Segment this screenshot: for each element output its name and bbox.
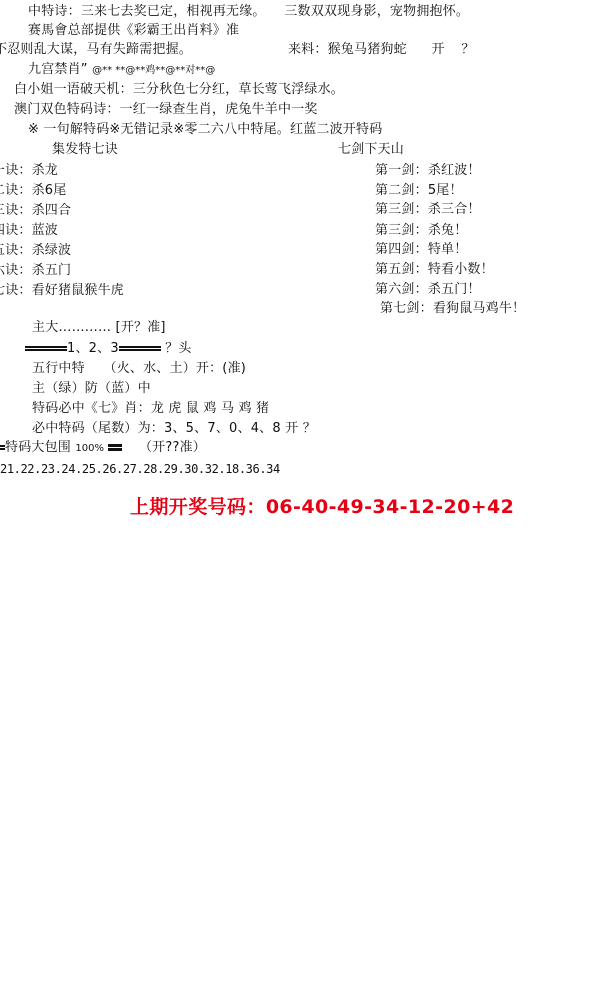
tail-open: 开 ？ [285,421,316,436]
proverb-line: 不忍则乱大谋，马有失蹄需把握。 [0,42,192,58]
block-bar-icon [25,345,39,352]
color-line: 主（绿）防（蓝）中 [32,381,151,397]
item-label: 第五剑： [375,262,428,277]
left-item: 一诀：杀龙 [0,163,58,179]
tail-label: 必中特码（尾数）为： [32,421,164,436]
left-item: 七诀：看好猪鼠猴牛虎 [0,283,124,299]
item-value: 杀龙 [32,163,58,178]
big-range-line: 特码大包围 100% （开??准） [0,440,206,457]
item-label: 四诀： [0,223,32,238]
tail-line: 必中特码（尾数）为：3、5、7、0、4、8 开 ？ [32,421,316,437]
item-value: 杀兔！ [428,223,468,238]
provider-line: 赛馬會总部提供《彩霸王出肖料》准 [28,23,239,39]
main-big-status: [开？准] [116,320,166,335]
head-numbers: 1、2、3 [67,341,119,356]
right-item: 第二剑：5尾！ [375,183,463,199]
five-elements-label: 五行中特 [32,361,85,376]
last-draw-label: 上期开奖号码： [130,496,266,518]
block-bar-icon [147,345,161,352]
item-value: 5尾！ [428,183,463,198]
item-value: 蓝波 [32,223,58,238]
poem-line: 中特诗：三来七去奖已定，相视再无缘。 三数双双现身影，宠物拥抱怀。 [28,4,469,20]
seven-zodiac-line: 特码必中《七》肖：龙 虎 鼠 鸡 马 鸡 猪 [32,401,269,417]
item-value: 杀绿波 [32,243,72,258]
item-value: 杀四合 [32,203,72,218]
five-elements-values: （火、水、土）开：(准) [104,361,247,376]
right-item: 第一剑：杀红波！ [375,163,481,179]
item-label: 六诀： [0,263,32,278]
right-item: 第四剑：特单！ [375,242,467,258]
item-label: 三诀： [0,203,32,218]
source-open: 开 [432,42,445,57]
main-big-line: 主大………… [开？准] [32,320,166,336]
item-label: 第一剑： [375,163,428,178]
item-value: 杀三合！ [428,202,481,217]
item-value: 特单！ [428,242,468,257]
head-line: 1、2、3 ？头 [25,341,192,357]
source-animals: 猴兔马猪狗蛇 [328,42,407,57]
poem-text-1: 三来七去奖已定，相视再无缘。 [81,4,266,19]
item-label: 第四剑： [375,242,428,257]
item-label: 七诀： [0,283,32,298]
block-bar-icon [39,345,53,352]
item-label: 第六剑： [375,282,428,297]
right-column-title: 七剑下天山 [338,142,404,158]
poem-text-2: 三数双双现身影，宠物拥抱怀。 [284,4,469,19]
last-draw-line: 上期开奖号码：06-40-49-34-12-20+42 [130,492,514,519]
left-item: 三诀：杀四合 [0,203,71,219]
item-label: 第三剑： [375,223,428,238]
big-range-status: （开??准） [139,440,206,455]
item-value: 特看小数！ [428,262,494,277]
item-value: 杀五门 [32,263,72,278]
block-bar-icon [108,443,122,452]
item-value: 看好猪鼠猴牛虎 [32,283,124,298]
seven-zodiac-animals: 龙 虎 鼠 鸡 马 鸡 猪 [151,401,269,416]
item-value: 杀红波！ [428,163,481,178]
last-draw-numbers: 06-40-49-34-12-20+42 [266,496,514,518]
source-mark: ？ [461,42,474,57]
right-item: 第七剑：看狗鼠马鸡牛！ [380,301,525,317]
left-column-title: 集发特七诀 [52,142,118,158]
left-item: 五诀：杀绿波 [0,243,71,259]
palace-line: 九宫禁肖” @** **@**鸡**@**对**@ [28,62,215,79]
block-bar-icon [53,345,67,352]
five-elements-line: 五行中特 （火、水、土）开：(准) [32,361,246,377]
number-list: 21.22.23.24.25.26.27.28.29.30.32.18.36.3… [0,461,280,477]
palace-code: @** **@**鸡**@**对**@ [92,65,215,76]
right-item: 第三剑：杀三合！ [375,202,481,218]
block-bar-icon [133,345,147,352]
item-label: 二诀： [0,183,32,198]
item-label: 第二剑： [375,183,428,198]
item-label: 五诀： [0,243,32,258]
item-label: 第七剑： [380,301,433,316]
source-line: 来料：猴兔马猪狗蛇 开 ？ [288,42,475,58]
macau-poem-line: 澳门双色特码诗：一红一绿查生肖，虎兔牛羊中一奖 [14,102,318,118]
right-item: 第五剑：特看小数！ [375,262,494,278]
right-item: 第六剑：杀五门！ [375,282,481,298]
source-label: 来料： [288,42,328,57]
big-range-percent: 100% [75,443,104,454]
left-item: 六诀：杀五门 [0,263,71,279]
left-item: 二诀：杀6尾 [0,183,66,199]
palace-label: 九宫禁肖” [28,62,88,77]
seven-zodiac-label: 特码必中《七》肖： [32,401,151,416]
item-label: 第三剑： [375,202,428,217]
left-item: 四诀：蓝波 [0,223,58,239]
tail-values: 3、5、7、0、4、8 [164,421,281,436]
item-label: 一诀： [0,163,32,178]
one-sentence-line: ※ 一句解特码※无错记录※零二六八中特尾。红蓝二波开特码 [28,122,382,138]
main-big-label: 主大………… [32,320,111,335]
right-item: 第三剑：杀兔！ [375,223,467,239]
item-value: 杀6尾 [32,183,67,198]
block-bar-icon [119,345,133,352]
head-suffix: ？头 [165,341,191,356]
miss-bai-line: 白小姐一语破天机：三分秋色七分红，草长莺飞浮绿水。 [14,82,344,98]
item-value: 杀五门！ [428,282,481,297]
poem-label: 中特诗： [28,4,81,19]
big-range-label: 特码大包围 [5,440,71,455]
item-value: 看狗鼠马鸡牛！ [433,301,525,316]
